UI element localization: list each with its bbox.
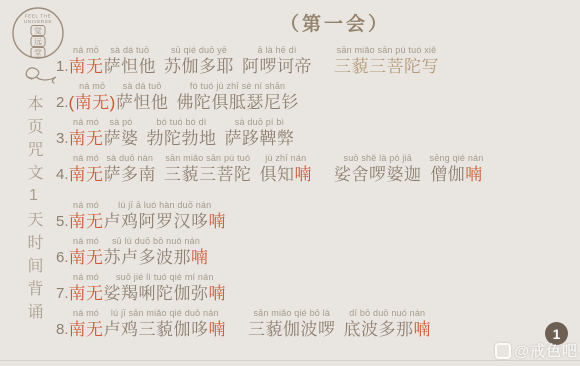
pinyin-text: sà pó — [104, 117, 139, 128]
hanzi-text: 南无 — [69, 164, 104, 185]
pinyin-text: sū lú duō bō nuó nán — [104, 236, 209, 247]
pinyin-text: dī bō duō nuó nán — [344, 308, 432, 319]
row-number: 3. — [56, 128, 69, 149]
hanzi-part: 底波多那 — [344, 320, 414, 339]
mantra-segment: sān miǎo qié bō là三藐伽波啰 — [248, 308, 336, 340]
hanzi-part: 萨婆 — [104, 129, 139, 148]
pinyin-text: ná mó — [69, 236, 104, 247]
hanzi-part: 萨怛他 — [104, 57, 157, 76]
hanzi-part: 卢鸡三藐伽哆 — [104, 320, 209, 339]
hanzi-part: 苏卢多波那 — [104, 248, 192, 267]
mantra-segment: sū qié duō yē苏伽多耶 — [164, 45, 234, 77]
hanzi-text: 佛陀俱胝瑟尼钐 — [176, 92, 299, 113]
hanzi-part: 喃 — [295, 165, 313, 184]
mantra-row: 6.ná mó南无sū lú duō bō nuó nán苏卢多波那喃 — [56, 236, 578, 268]
pinyin-text: ā là hē dì — [242, 45, 312, 56]
hanzi-text: 南无 — [69, 128, 104, 149]
hanzi-part: 喃 — [414, 320, 432, 339]
mantra-segment: suō jié lì tuó qié mí nán娑羯唎陀伽弥喃 — [104, 272, 227, 304]
row-number: 8. — [56, 319, 69, 340]
seal-char-3: 堂 — [34, 48, 42, 58]
mantra-row: 1.ná mō南无sà dá tuō萨怛他sū qié duō yē苏伽多耶ā … — [56, 45, 578, 77]
hanzi-part: 喃 — [209, 320, 227, 339]
mantra-segment: ná mó南无 — [69, 272, 104, 304]
mantra-segment: jù zhī nán俱知喃 — [260, 153, 313, 185]
mantra-segment: ná mō南无 — [69, 45, 104, 77]
pinyin-text: fó tuó jù zhī sè ní shān — [176, 81, 299, 92]
row-number: 4. — [56, 164, 69, 185]
pinyin-text: ná mó — [69, 308, 104, 319]
hanzi-text: (南无) — [69, 92, 116, 113]
hanzi-text: 南无 — [69, 283, 104, 304]
pinyin-text: sān miǎo sān pú tuó xiě — [334, 45, 439, 56]
pinyin-text: sà dá tuō — [116, 81, 169, 92]
hanzi-text: 卢鸡阿罗汉哆喃 — [104, 211, 227, 232]
hanzi-part: 苏伽多耶 — [164, 57, 234, 76]
mantra-segment: lú jī sān miǎo qié duō nán卢鸡三藐伽哆喃 — [104, 308, 227, 340]
hanzi-text: 南无 — [69, 56, 104, 77]
hanzi-text: 南无 — [69, 211, 104, 232]
hanzi-text: 勃陀勃地 — [147, 128, 217, 149]
mantra-row: 5.ná mó南无lú jī ā luó hàn duō nán卢鸡阿罗汉哆喃 — [56, 200, 578, 232]
hanzi-text: 三藐三菩陀 — [164, 164, 252, 185]
hanzi-text: 娑舍啰婆迦 — [334, 164, 422, 185]
hanzi-part: 萨跢鞞弊 — [225, 129, 295, 148]
sidebar-vertical-note: 本页咒文1天时间背诵 — [22, 95, 45, 351]
hanzi-text: 三藐伽波啰 — [248, 319, 336, 340]
hanzi-text: 南无 — [69, 247, 104, 268]
mantra-segment: sà pó萨婆 — [104, 117, 139, 149]
hanzi-part: 娑羯唎陀伽弥 — [104, 284, 209, 303]
bottom-divider — [0, 360, 580, 361]
logo-arc-text-1: FEEL THE — [25, 14, 52, 19]
hanzi-part: 南无 — [69, 165, 104, 184]
hanzi-part: 喃 — [209, 212, 227, 231]
hanzi-part: 南无 — [69, 57, 104, 76]
hanzi-part: 僧伽 — [430, 165, 465, 184]
mantra-segment: ná mó南无 — [69, 117, 104, 149]
hanzi-text: 萨怛他 — [116, 92, 169, 113]
row-number: 1. — [56, 56, 69, 77]
seal-char-1: 觉 — [34, 26, 42, 36]
hanzi-text: 苏伽多耶 — [164, 56, 234, 77]
hanzi-text: 南无 — [69, 319, 104, 340]
hanzi-text: 底波多那喃 — [344, 319, 432, 340]
pinyin-text: bó tuó bó dì — [147, 117, 217, 128]
hanzi-part: 佛陀俱胝瑟尼钐 — [176, 93, 299, 112]
hanzi-text: 苏卢多波那喃 — [104, 247, 209, 268]
hanzi-part: 南无 — [69, 248, 104, 267]
pinyin-text: sà dá tuō — [104, 45, 157, 56]
mantra-segment: dī bō duō nuó nán底波多那喃 — [344, 308, 432, 340]
mantra-segment: sān miǎo sān pú tuó三藐三菩陀 — [164, 153, 252, 185]
row-number: 7. — [56, 283, 69, 304]
mantra-segment: sēng qié nán僧伽喃 — [430, 153, 484, 185]
hanzi-part: 勃陀勃地 — [147, 129, 217, 148]
mantra-segment: fó tuó jù zhī sè ní shān佛陀俱胝瑟尼钐 — [176, 81, 299, 113]
hanzi-text: 萨婆 — [104, 128, 139, 149]
row-number: 6. — [56, 247, 69, 268]
pinyin-text: jù zhī nán — [260, 153, 313, 164]
hanzi-part: 南无 — [69, 284, 104, 303]
watermark-text: @戒色吧 — [514, 340, 578, 361]
logo-arc-text-2: UNIVERSE — [24, 19, 52, 24]
mantra-row: 4.ná mó南无sà duō nán萨多南sān miǎo sān pú tu… — [56, 153, 578, 185]
hanzi-part: 南无 — [69, 320, 104, 339]
mantra-segment: bó tuó bó dì勃陀勃地 — [147, 117, 217, 149]
mantra-row: 3.ná mó南无sà pó萨婆bó tuó bó dì勃陀勃地sà duō p… — [56, 117, 578, 149]
hanzi-text: 俱知喃 — [260, 164, 313, 185]
mantra-segment: suō shě là pó jiā娑舍啰婆迦 — [334, 153, 422, 185]
mantra-segment: ná mó南无 — [69, 153, 104, 185]
hanzi-text: 萨跢鞞弊 — [225, 128, 295, 149]
hanzi-part: 俱知 — [260, 165, 295, 184]
hanzi-part: 喃 — [191, 248, 209, 267]
pinyin-text: sà duō pí bì — [225, 117, 295, 128]
hanzi-part: 喃 — [465, 165, 483, 184]
hanzi-part: 娑舍啰婆迦 — [334, 165, 422, 184]
mantra-segment: ná mó南无 — [69, 200, 104, 232]
pinyin-text: sà duō nán — [104, 153, 157, 164]
hanzi-part: 喃 — [209, 284, 227, 303]
pinyin-text: ná mó — [69, 117, 104, 128]
mantra-rows: 1.ná mō南无sà dá tuō萨怛他sū qié duō yē苏伽多耶ā … — [56, 45, 578, 344]
pinyin-text: sān miǎo qié bō là — [248, 308, 336, 319]
pinyin-text: sān miǎo sān pú tuó — [164, 153, 252, 164]
pinyin-text: ná mó — [69, 200, 104, 211]
hanzi-part: 卢鸡阿罗汉哆 — [104, 212, 209, 231]
pinyin-text: lú jī ā luó hàn duō nán — [104, 200, 227, 211]
pinyin-text: sū qié duō yē — [164, 45, 234, 56]
seal-char-2: 远 — [34, 38, 42, 47]
row-number: 2. — [56, 92, 69, 113]
hanzi-text: 萨怛他 — [104, 56, 157, 77]
mantra-segment: ná mó南无 — [69, 236, 104, 268]
pinyin-text: sēng qié nán — [430, 153, 484, 164]
mantra-row: 8.ná mó南无lú jī sān miǎo qié duō nán卢鸡三藐伽… — [56, 308, 578, 340]
hanzi-part: 三藐三菩陀 — [164, 165, 252, 184]
mantra-segment: sà duō pí bì萨跢鞞弊 — [225, 117, 295, 149]
hanzi-text: 萨多南 — [104, 164, 157, 185]
hanzi-text: 卢鸡三藐伽哆喃 — [104, 319, 227, 340]
cloud-icon — [26, 68, 56, 83]
pinyin-text: ná mō — [69, 81, 116, 92]
hanzi-part: 萨怛他 — [116, 93, 169, 112]
hanzi-part: 南无 — [69, 129, 104, 148]
mantra-segment: ná mō(南无) — [69, 81, 116, 113]
mantra-segment: sān miǎo sān pú tuó xiě三藐三菩陀写 — [334, 45, 439, 77]
hanzi-part: 三藐伽波啰 — [248, 320, 336, 339]
watermark: @戒色吧 — [495, 340, 578, 361]
hanzi-part: 三藐三菩陀写 — [334, 57, 439, 76]
mantra-row: 2.ná mō(南无)sà dá tuō萨怛他fó tuó jù zhī sè … — [56, 81, 578, 113]
pinyin-text: ná mō — [69, 45, 104, 56]
mantra-segment: sà duō nán萨多南 — [104, 153, 157, 185]
mantra-segment: sà dá tuō萨怛他 — [116, 81, 169, 113]
mantra-segment: sū lú duō bō nuó nán苏卢多波那喃 — [104, 236, 209, 268]
hanzi-part: 南无 — [69, 212, 104, 231]
row-number: 5. — [56, 211, 69, 232]
watermark-logo-icon — [495, 343, 511, 359]
hanzi-text: 三藐三菩陀写 — [334, 56, 439, 77]
hanzi-part: (南无) — [69, 93, 116, 112]
hanzi-text: 阿啰诃帝 — [242, 56, 312, 77]
mantra-row: 7.ná mó南无suō jié lì tuó qié mí nán娑羯唎陀伽弥… — [56, 272, 578, 304]
pinyin-text: suō jié lì tuó qié mí nán — [104, 272, 227, 283]
hanzi-part: 萨多南 — [104, 165, 157, 184]
mantra-segment: ná mó南无 — [69, 308, 104, 340]
pinyin-text: suō shě là pó jiā — [334, 153, 422, 164]
hanzi-part: 阿啰诃帝 — [242, 57, 312, 76]
hanzi-text: 娑羯唎陀伽弥喃 — [104, 283, 227, 304]
pinyin-text: lú jī sān miǎo qié duō nán — [104, 308, 227, 319]
hanzi-text: 僧伽喃 — [430, 164, 484, 185]
page-title: （第一会） — [90, 9, 580, 36]
mantra-segment: ā là hē dì阿啰诃帝 — [242, 45, 312, 77]
pinyin-text: ná mó — [69, 272, 104, 283]
mantra-segment: sà dá tuō萨怛他 — [104, 45, 157, 77]
mantra-segment: lú jī ā luó hàn duō nán卢鸡阿罗汉哆喃 — [104, 200, 227, 232]
pinyin-text: ná mó — [69, 153, 104, 164]
